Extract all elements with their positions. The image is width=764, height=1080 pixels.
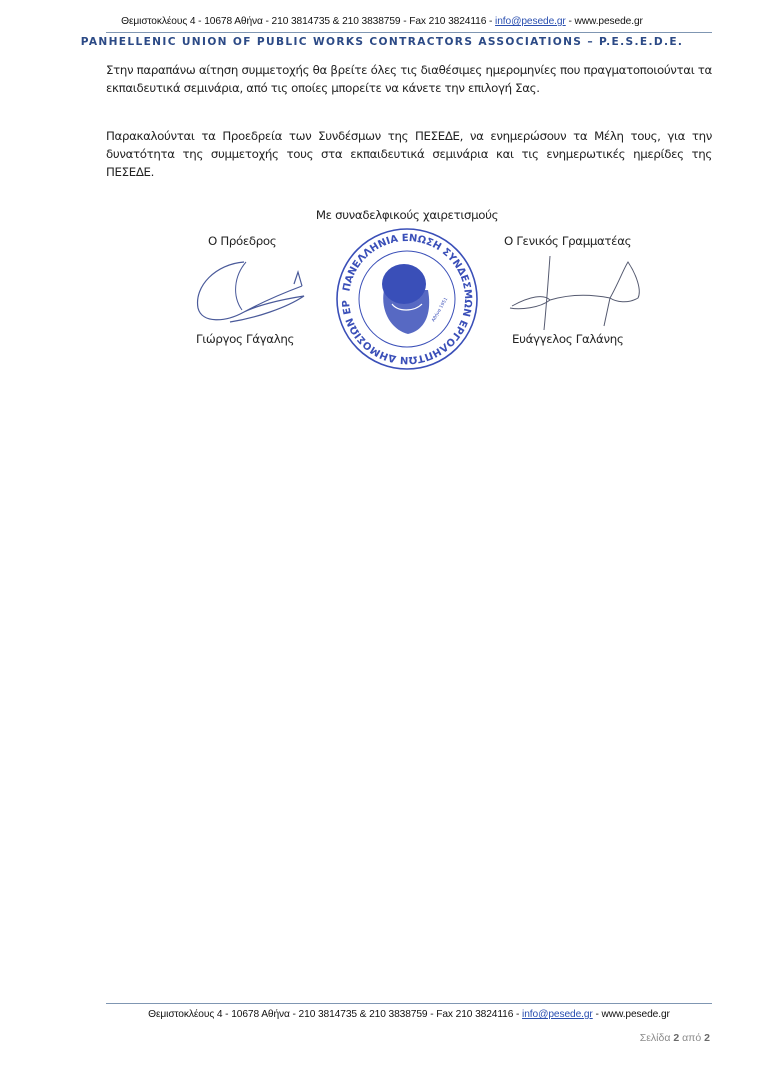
page-number: Σελίδα 2 από 2: [640, 1032, 710, 1044]
letterhead-contact: Θεμιστοκλέους 4 - 10678 Αθήνα - 210 3814…: [0, 16, 764, 27]
paragraph-dates: Στην παραπάνω αίτηση συμμετοχής θα βρείτ…: [106, 61, 712, 97]
paragraph-request: Παρακαλούνται τα Προεδρεία των Συνδέσμων…: [106, 127, 712, 181]
president-signature-icon: [186, 256, 326, 332]
president-title: Ο Πρόεδρος: [208, 234, 276, 248]
secretary-title: Ο Γενικός Γραμματέας: [504, 234, 631, 248]
page-label: Σελίδα: [640, 1032, 671, 1044]
footer-contact: Θεμιστοκλέους 4 - 10678 Αθήνα - 210 3814…: [0, 1009, 764, 1020]
contact-address: Θεμιστοκλέους 4 - 10678 Αθήνα - 210 3814…: [121, 16, 495, 27]
page-total: 2: [704, 1032, 710, 1044]
secretary-name: Ευάγγελος Γαλάνης: [512, 332, 623, 346]
association-seal-icon: ΠΑΝΕΛΛΗΝΙΑ ΕΝΩΣΗ ΣΥΝΔΕΣΜΩΝ ΕΡΓΟΛΗΠΤΩΝ ΔΗ…: [334, 226, 480, 372]
footer-address: Θεμιστοκλέους 4 - 10678 Αθήνα - 210 3814…: [148, 1009, 522, 1020]
footer-email-link[interactable]: info@pesede.gr: [522, 1009, 593, 1020]
closing-greeting: Με συναδελφικούς χαιρετισμούς: [0, 208, 764, 222]
footer-divider: [106, 1003, 712, 1004]
page-of: από: [682, 1032, 701, 1044]
footer-website: - www.pesede.gr: [593, 1009, 670, 1020]
header-divider: [106, 32, 712, 33]
page-current: 2: [673, 1032, 679, 1044]
union-name: PANHELLENIC UNION OF PUBLIC WORKS CONTRA…: [0, 36, 764, 48]
website-text: - www.pesede.gr: [566, 16, 643, 27]
secretary-signature-icon: [500, 254, 660, 332]
svg-text:Αθήνα 1951: Αθήνα 1951: [430, 296, 450, 323]
email-link[interactable]: info@pesede.gr: [495, 16, 566, 27]
president-name: Γιώργος Γάγαλης: [196, 332, 294, 346]
